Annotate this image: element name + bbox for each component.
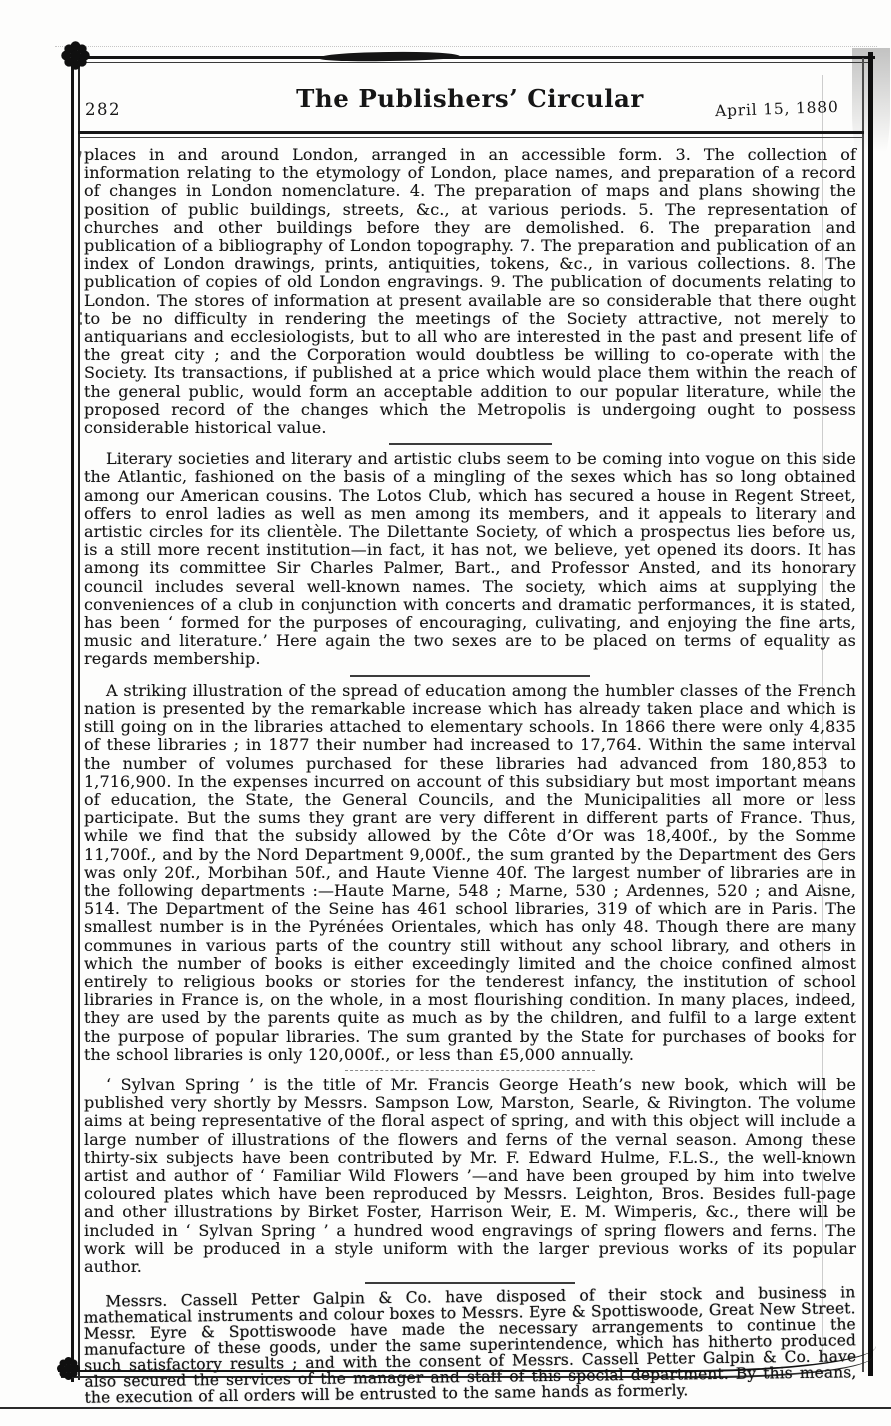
page-border-top-inner [80, 62, 873, 64]
header-rule [80, 137, 862, 139]
paragraph: A striking illustration of the spread of… [84, 682, 856, 1064]
issue-date: April 15, 1880 [715, 98, 839, 120]
scan-mark [80, 312, 82, 315]
paragraph-separator [389, 443, 552, 445]
scan-dust-line [55, 46, 877, 47]
paragraph: places in and around London, arranged in… [84, 146, 856, 437]
page-border-left-outer [71, 48, 74, 1382]
page-border-top-outer [76, 56, 875, 59]
paragraph: ‘ Sylvan Spring ’ is the title of Mr. Fr… [84, 1076, 856, 1276]
paragraph: Literary societies and literary and arti… [84, 450, 856, 668]
scan-edge-line [0, 1407, 891, 1409]
page-number: 282 [85, 100, 121, 119]
page-border-right-inner [862, 58, 864, 1372]
paragraph: Messrs. Cassell Petter Galpin & Co. have… [83, 1284, 856, 1405]
page-border-left-inner [78, 52, 80, 1380]
article-body: places in and around London, arranged in… [84, 146, 856, 1401]
scan-mark [80, 322, 82, 325]
header-rule [78, 131, 864, 134]
paragraph-separator [365, 1282, 575, 1284]
corner-ornament-icon [56, 1356, 81, 1381]
paragraph-separator [350, 675, 590, 677]
paragraph-separator [345, 1070, 595, 1071]
corner-ornament-icon [60, 40, 91, 71]
page-title: The Publishers’ Circular [230, 84, 710, 113]
page-border-right-outer [868, 52, 873, 1376]
scanned-page: 282 The Publishers’ Circular April 15, 1… [0, 0, 891, 1426]
